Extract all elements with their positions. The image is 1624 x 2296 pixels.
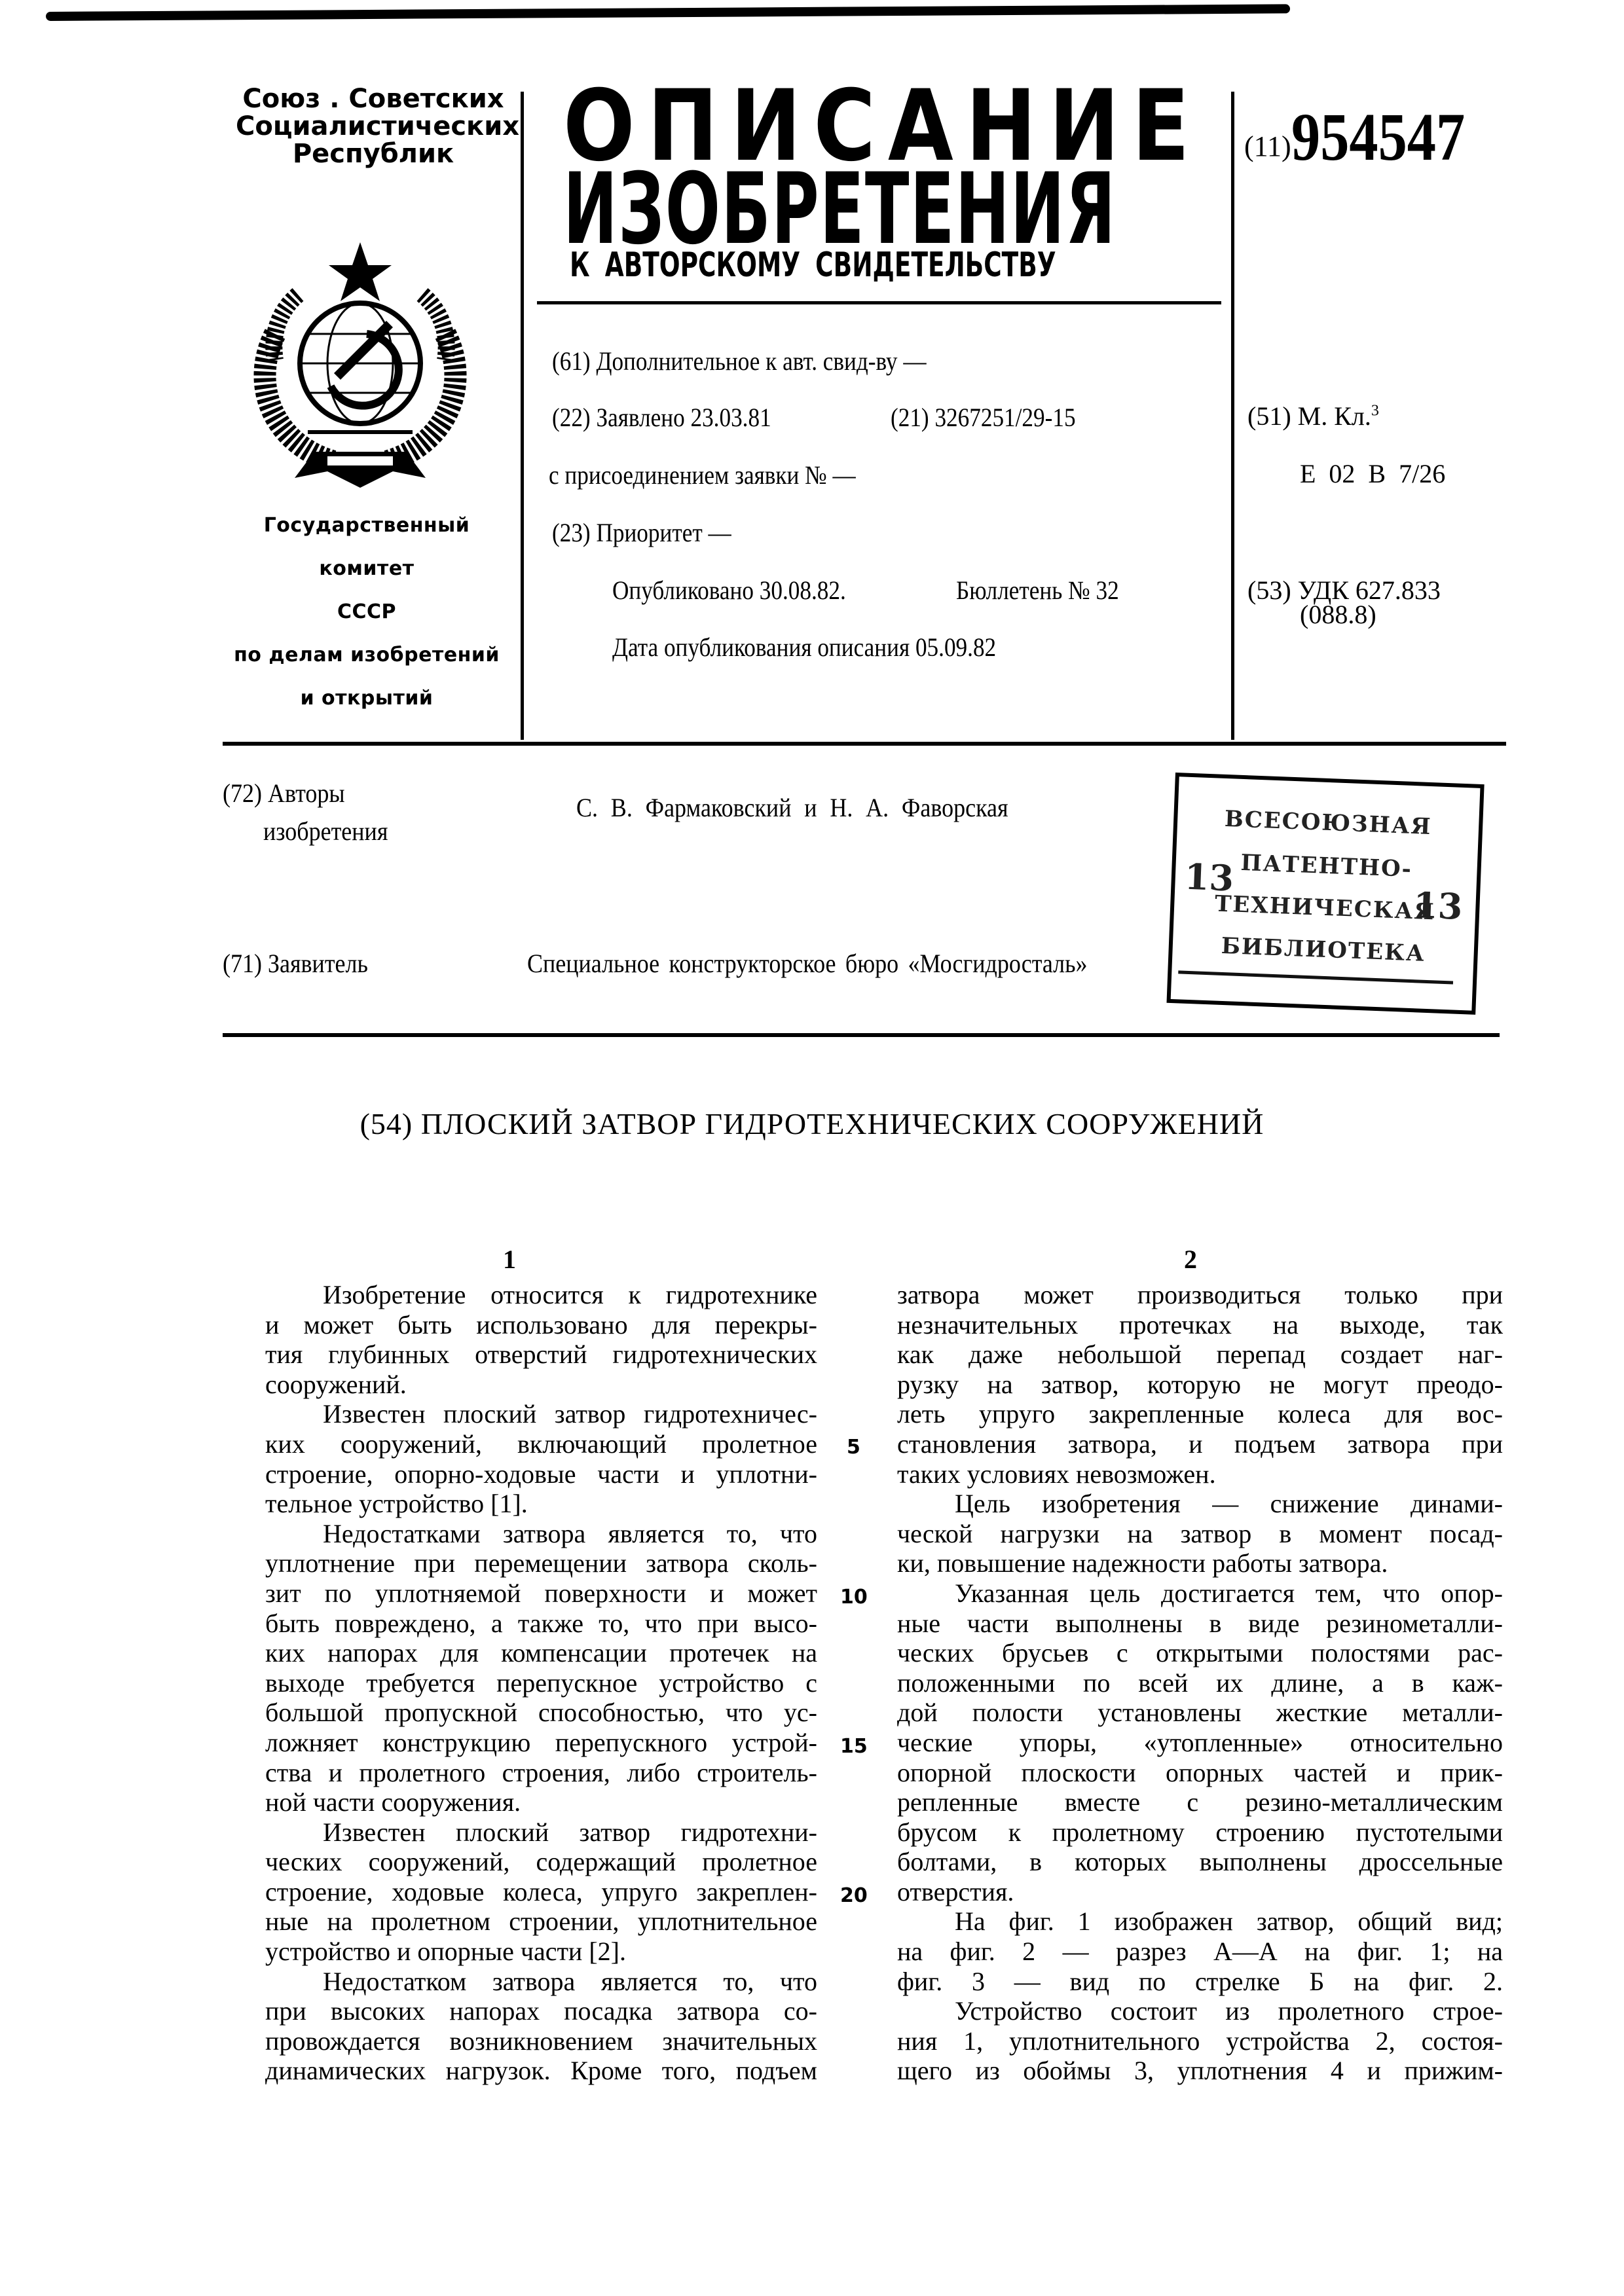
text-line: при высоких напорах посадка затвора со- bbox=[265, 1996, 817, 2026]
text-column-right: затвора может производиться только прине… bbox=[897, 1280, 1503, 2086]
text-line: брусом к пролетному строению пустотелыми bbox=[897, 1817, 1503, 1848]
committee-line: и открытий bbox=[216, 677, 517, 720]
text-line: Устройство состоит из пролетного строе- bbox=[897, 1996, 1503, 2026]
text-line: болтами, в которых выполнены дроссельные bbox=[897, 1847, 1503, 1877]
divider-vertical bbox=[1231, 92, 1234, 740]
text-line: фиг. 3 — вид по стрелке Б на фиг. 2. bbox=[897, 1967, 1503, 1997]
committee-line: Государственный комитет bbox=[216, 504, 517, 591]
document-subtitle: К АВТОРСКОМУ СВИДЕТЕЛЬСТВУ bbox=[570, 246, 1056, 285]
text-line: и может быть использовано для перекры- bbox=[265, 1310, 817, 1340]
text-line: строение, опорно-ходовые части и уплотни… bbox=[265, 1459, 817, 1489]
inid-code: (11) bbox=[1244, 130, 1291, 162]
stamp-line: ВСЕСОЮЗНАЯ bbox=[1177, 804, 1479, 842]
text-line: тельное устройство [1]. bbox=[265, 1489, 817, 1519]
text-line: становления затвора, и подъем затвора пр… bbox=[897, 1429, 1503, 1459]
text-line: зит по уплотняемой поверхности и может bbox=[265, 1578, 817, 1609]
text-line: таких условиях невозможен. bbox=[897, 1459, 1503, 1489]
text-line: ки, повышение надежности работы затвора. bbox=[897, 1548, 1503, 1578]
text-line: как даже небольшой перепад создает наг- bbox=[897, 1339, 1503, 1370]
text-line: тия глубинных отверстий гидротехнических bbox=[265, 1339, 817, 1370]
field-published: Опубликовано 30.08.82. bbox=[612, 575, 846, 606]
divider-horizontal bbox=[223, 1033, 1500, 1037]
text-line: уплотнение при перемещении затвора сколь… bbox=[265, 1548, 817, 1578]
document-type-title: ИЗОБРЕТЕНИЯ bbox=[563, 160, 1116, 259]
column-number: 2 bbox=[1184, 1244, 1197, 1275]
text-line: ческих брусьев с открытыми полостями рас… bbox=[897, 1638, 1503, 1668]
text-line: рузку на затвор, которую не могут преодо… bbox=[897, 1370, 1503, 1400]
stamp-line: БИБЛИОТЕКА bbox=[1172, 931, 1474, 969]
text-line: ческие упоры, «утопленные» относительно bbox=[897, 1728, 1503, 1758]
committee-line: СССР bbox=[216, 591, 517, 634]
text-line: Указанная цель достигается тем, что опор… bbox=[897, 1578, 1503, 1609]
union-line: Социалистических bbox=[236, 113, 511, 140]
field-21: (21) 3267251/29-15 bbox=[891, 402, 1076, 433]
committee-line: по делам изобретений bbox=[216, 634, 517, 677]
union-line: Союз . Советских bbox=[236, 85, 511, 113]
text-line: ческой нагрузки на затвор в момент посад… bbox=[897, 1519, 1503, 1549]
patent-number: (11)954547 bbox=[1244, 98, 1496, 176]
text-line: репленные вместе с резино-металлическим bbox=[897, 1787, 1503, 1817]
text-line: строение, ходовые колеса, упруго закрепл… bbox=[265, 1877, 817, 1907]
text-line: положенными по всей их длине, а в каж- bbox=[897, 1668, 1503, 1698]
text-line: сооружений. bbox=[265, 1370, 817, 1400]
applicant-name: Специальное конструкторское бюро «Мосгид… bbox=[527, 948, 1088, 979]
invention-title: (54) ПЛОСКИЙ ЗАТВОР ГИДРОТЕХНИЧЕСКИХ СОО… bbox=[0, 1106, 1624, 1141]
text-line: ства и пролетного строения, либо строите… bbox=[265, 1758, 817, 1788]
text-line: леть упруго закрепленные колеса для вос- bbox=[897, 1399, 1503, 1429]
text-line: динамических нагрузок. Кроме того, подъе… bbox=[265, 2056, 817, 2086]
field-joined-application: с присоединением заявки № — bbox=[549, 460, 856, 490]
patent-number-value: 954547 bbox=[1291, 98, 1465, 176]
text-line: быть повреждено, а также то, что при выс… bbox=[265, 1609, 817, 1639]
issuing-state: Союз . Советских Социалистических Респуб… bbox=[236, 85, 511, 168]
field-23: (23) Приоритет — bbox=[552, 517, 731, 548]
text-line: незначительных протечках на выходе, так bbox=[897, 1310, 1503, 1340]
committee-name: Государственный комитет СССР по делам из… bbox=[216, 504, 517, 720]
line-number: 5 bbox=[847, 1436, 860, 1459]
text-line: Изобретение относится к гидротехнике bbox=[265, 1280, 817, 1310]
text-line: ких напорах для компенсации протечек на bbox=[265, 1638, 817, 1668]
text-line: провождается возникновением значительных bbox=[265, 2026, 817, 2056]
authors-names: С. В. Фармаковский и Н. А. Фаворская bbox=[576, 792, 1008, 823]
text-line: ной части сооружения. bbox=[265, 1787, 817, 1817]
text-column-left: Изобретение относится к гидротехникеи мо… bbox=[265, 1280, 817, 2086]
divider-horizontal bbox=[537, 301, 1221, 304]
union-line: Республик bbox=[236, 140, 511, 168]
authors-label: (72) Авторы bbox=[223, 778, 345, 809]
field-51-label: (51) М. Кл. bbox=[1247, 401, 1371, 431]
field-51: (51) М. Кл.3 bbox=[1247, 401, 1379, 431]
text-line: Недостатком затвора является то, что bbox=[265, 1967, 817, 1997]
stamp-rule bbox=[1178, 970, 1453, 984]
text-line: ких сооружений, включающий пролетное bbox=[265, 1429, 817, 1459]
text-line: отверстия. bbox=[897, 1877, 1503, 1907]
text-line: опорной плоскости опорных частей и прик- bbox=[897, 1758, 1503, 1788]
divider-horizontal bbox=[223, 742, 1506, 746]
field-22: (22) Заявлено 23.03.81 bbox=[552, 402, 771, 433]
field-bulletin: Бюллетень № 32 bbox=[956, 575, 1119, 606]
text-line: Цель изобретения — снижение динами- bbox=[897, 1489, 1503, 1519]
scan-edge-artifact bbox=[46, 4, 1290, 21]
library-stamp: ВСЕСОЮЗНАЯ ПАТЕНТНО- ТЕХНИЧЕСКАЯ БИБЛИОТ… bbox=[1166, 773, 1484, 1015]
divider-vertical bbox=[521, 92, 524, 740]
text-line: дой полости установлены жесткие металли- bbox=[897, 1698, 1503, 1728]
field-61: (61) Дополнительное к авт. свид-ву — bbox=[552, 346, 927, 376]
text-line: щего из обоймы 3, уплотнения 4 и прижим- bbox=[897, 2056, 1503, 2086]
authors-label: изобретения bbox=[263, 816, 388, 847]
column-number: 1 bbox=[503, 1244, 516, 1275]
field-description-date: Дата опубликования описания 05.09.82 bbox=[612, 632, 996, 663]
ussr-emblem-icon bbox=[236, 236, 485, 491]
line-number: 20 bbox=[840, 1884, 868, 1907]
text-line: ные части выполнены в виде резинометалли… bbox=[897, 1609, 1503, 1639]
text-line: большой пропускной способностью, что ус- bbox=[265, 1698, 817, 1728]
text-line: устройство и опорные части [2]. bbox=[265, 1937, 817, 1967]
field-51-edition: 3 bbox=[1371, 403, 1379, 420]
text-line: ческих сооружений, содержащий пролетное bbox=[265, 1847, 817, 1877]
stamp-number: 13 bbox=[1412, 884, 1464, 928]
text-line: ния 1, уплотнительного устройства 2, сос… bbox=[897, 2026, 1503, 2056]
text-line: затвора может производиться только при bbox=[897, 1280, 1503, 1310]
text-line: на фиг. 2 — разрез А—А на фиг. 1; на bbox=[897, 1937, 1503, 1967]
stamp-number: 13 bbox=[1184, 856, 1235, 900]
line-number: 10 bbox=[840, 1586, 868, 1609]
field-53-value: (088.8) bbox=[1300, 599, 1376, 630]
text-line: На фиг. 1 изображен затвор, общий вид; bbox=[897, 1906, 1503, 1937]
text-line: выходе требуется перепускное устройство … bbox=[265, 1668, 817, 1698]
text-line: Известен плоский затвор гидротехничес- bbox=[265, 1399, 817, 1429]
line-number: 15 bbox=[840, 1735, 868, 1758]
text-line: Недостатками затвора является то, что bbox=[265, 1519, 817, 1549]
text-line: Известен плоский затвор гидротехни- bbox=[265, 1817, 817, 1848]
text-line: ные на пролетном строении, уплотнительно… bbox=[265, 1906, 817, 1937]
field-51-value: E 02 B 7/26 bbox=[1300, 458, 1445, 489]
text-line: ложняет конструкцию перепускного устрой- bbox=[265, 1728, 817, 1758]
applicant-label: (71) Заявитель bbox=[223, 948, 368, 979]
